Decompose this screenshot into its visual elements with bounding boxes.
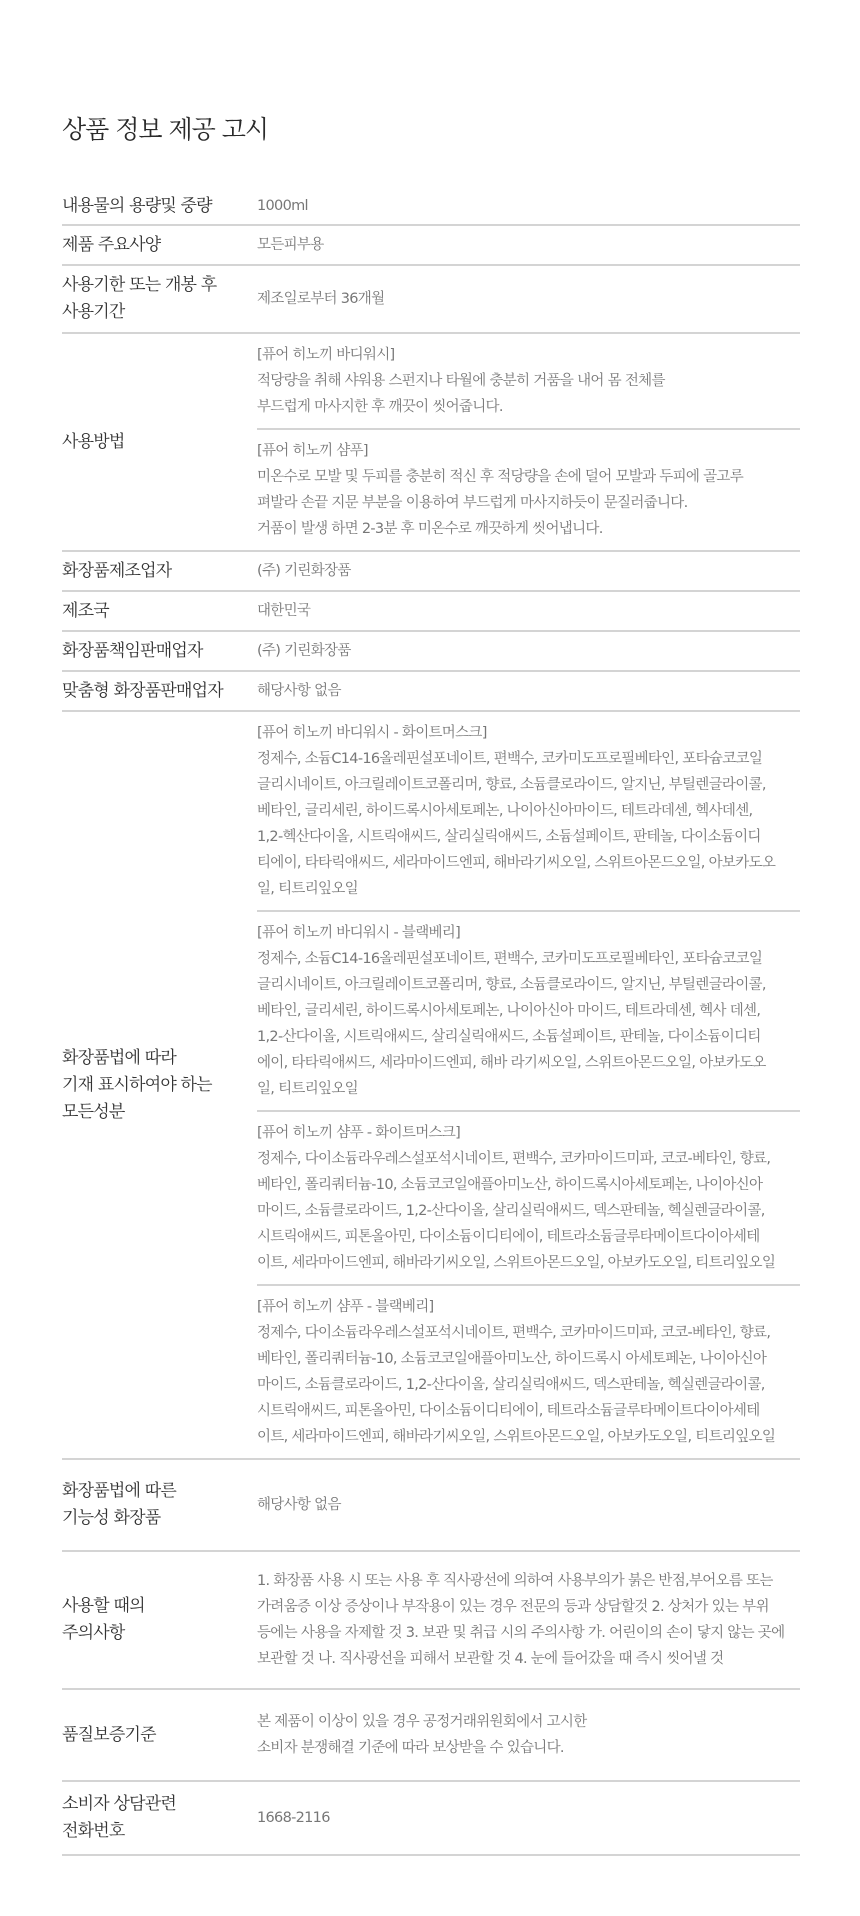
row-label: 제조국 xyxy=(62,594,257,629)
row-label: 사용기한 또는 개봉 후 사용기간 xyxy=(62,266,257,332)
ingredients-block-shampoo-blackberry: [퓨어 히노끼 샴푸 - 블랙베리] 정제수, 다이소듐라우레스설포석시네이트,… xyxy=(257,1284,800,1458)
block-title: [퓨어 히노끼 샴푸 - 블랙베리] xyxy=(257,1294,800,1320)
row-label: 사용방법 xyxy=(62,423,257,462)
row-label: 제품 주요사양 xyxy=(62,228,257,263)
row-label: 사용할 때의 주의사항 xyxy=(62,1587,257,1653)
block-title: [퓨어 히노끼 샴푸 - 화이트머스크] xyxy=(257,1120,800,1146)
ingredients-block-shampoo-whitemusk: [퓨어 히노끼 샴푸 - 화이트머스크] 정제수, 다이소듐라우레스설포석시네이… xyxy=(257,1110,800,1284)
row-seller: 화장품책임판매업자 (주) 기린화장품 xyxy=(62,632,800,672)
row-label: 품질보증기준 xyxy=(62,1716,257,1755)
row-country: 제조국 대한민국 xyxy=(62,592,800,632)
row-label: 맞춤형 화장품판매업자 xyxy=(62,674,257,709)
row-ingredients: 화장품법에 따라 기재 표시하여야 하는 모든성분 [퓨어 히노끼 바디워시 -… xyxy=(62,712,800,1460)
row-spec: 제품 주요사양 모든피부용 xyxy=(62,226,800,266)
row-label: 화장품제조업자 xyxy=(62,554,257,589)
row-value: 제조일로부터 36개월 xyxy=(257,280,800,318)
row-label: 화장품법에 따른 기능성 화장품 xyxy=(62,1472,257,1538)
contact-phone: 1668-2116 xyxy=(257,1799,800,1837)
usage-block-bodywash: [퓨어 히노끼 바디워시] 적당량을 취해 샤워용 스펀지나 타월에 충분히 거… xyxy=(257,334,800,428)
row-volume: 내용물의 용량및 중량 1000ml xyxy=(62,188,800,226)
row-value: 해당사항 없음 xyxy=(257,1476,800,1534)
row-label: 내용물의 용량및 중량 xyxy=(62,189,257,224)
row-value: 모든피부용 xyxy=(257,228,800,262)
row-expiry: 사용기한 또는 개봉 후 사용기간 제조일로부터 36개월 xyxy=(62,266,800,334)
product-info-notice: 상품 정보 제공 고시 내용물의 용량및 중량 1000ml 제품 주요사양 모… xyxy=(0,0,860,1916)
row-quality: 품질보증기준 본 제품이 이상이 있을 경우 공정거래위원회에서 고시한 소비자… xyxy=(62,1690,800,1782)
block-title: [퓨어 히노끼 샴푸] xyxy=(257,438,800,464)
row-value: (주) 기린화장품 xyxy=(257,554,800,588)
row-value: 해당사항 없음 xyxy=(257,674,800,708)
row-caution: 사용할 때의 주의사항 1. 화장품 사용 시 또는 사용 후 직사광선에 의하… xyxy=(62,1552,800,1690)
block-title: [퓨어 히노끼 바디워시] xyxy=(257,342,800,368)
row-custom-seller: 맞춤형 화장품판매업자 해당사항 없음 xyxy=(62,672,800,712)
row-value: (주) 기린화장품 xyxy=(257,634,800,668)
row-value: 1. 화장품 사용 시 또는 사용 후 직사광선에 의하여 사용부의가 붉은 반… xyxy=(257,1552,800,1688)
usage-block-shampoo: [퓨어 히노끼 샴푸] 미온수로 모발 및 두피를 충분히 적신 후 적당량을 … xyxy=(257,428,800,550)
row-functional: 화장품법에 따른 기능성 화장품 해당사항 없음 xyxy=(62,1460,800,1552)
row-label: 화장품법에 따라 기재 표시하여야 하는 모든성분 xyxy=(62,1039,257,1132)
row-value: 대한민국 xyxy=(257,594,800,628)
page-title: 상품 정보 제공 고시 xyxy=(62,112,800,148)
info-table: 내용물의 용량및 중량 1000ml 제품 주요사양 모든피부용 사용기한 또는… xyxy=(62,188,800,1856)
row-usage: 사용방법 [퓨어 히노끼 바디워시] 적당량을 취해 샤워용 스펀지나 타월에 … xyxy=(62,334,800,552)
row-label: 소비자 상담관련 전화번호 xyxy=(62,1785,257,1851)
row-value: 1000ml xyxy=(257,189,800,223)
ingredients-block-bodywash-blackberry: [퓨어 히노끼 바디워시 - 블랙베리] 정제수, 소듐C14-16올레핀설포네… xyxy=(257,910,800,1110)
row-contact: 소비자 상담관련 전화번호 1668-2116 xyxy=(62,1782,800,1856)
row-label: 화장품책임판매업자 xyxy=(62,634,257,669)
row-manufacturer: 화장품제조업자 (주) 기린화장품 xyxy=(62,552,800,592)
ingredients-block-bodywash-whitemusk: [퓨어 히노끼 바디워시 - 화이트머스크] 정제수, 소듐C14-16올레핀설… xyxy=(257,712,800,910)
row-value: [퓨어 히노끼 바디워시 - 화이트머스크] 정제수, 소듐C14-16올레핀설… xyxy=(257,712,800,1458)
block-title: [퓨어 히노끼 바디워시 - 화이트머스크] xyxy=(257,720,800,746)
row-value: 본 제품이 이상이 있을 경우 공정거래위원회에서 고시한 소비자 분쟁해결 기… xyxy=(257,1693,800,1777)
row-value: [퓨어 히노끼 바디워시] 적당량을 취해 샤워용 스펀지나 타월에 충분히 거… xyxy=(257,334,800,550)
block-title: [퓨어 히노끼 바디워시 - 블랙베리] xyxy=(257,920,800,946)
